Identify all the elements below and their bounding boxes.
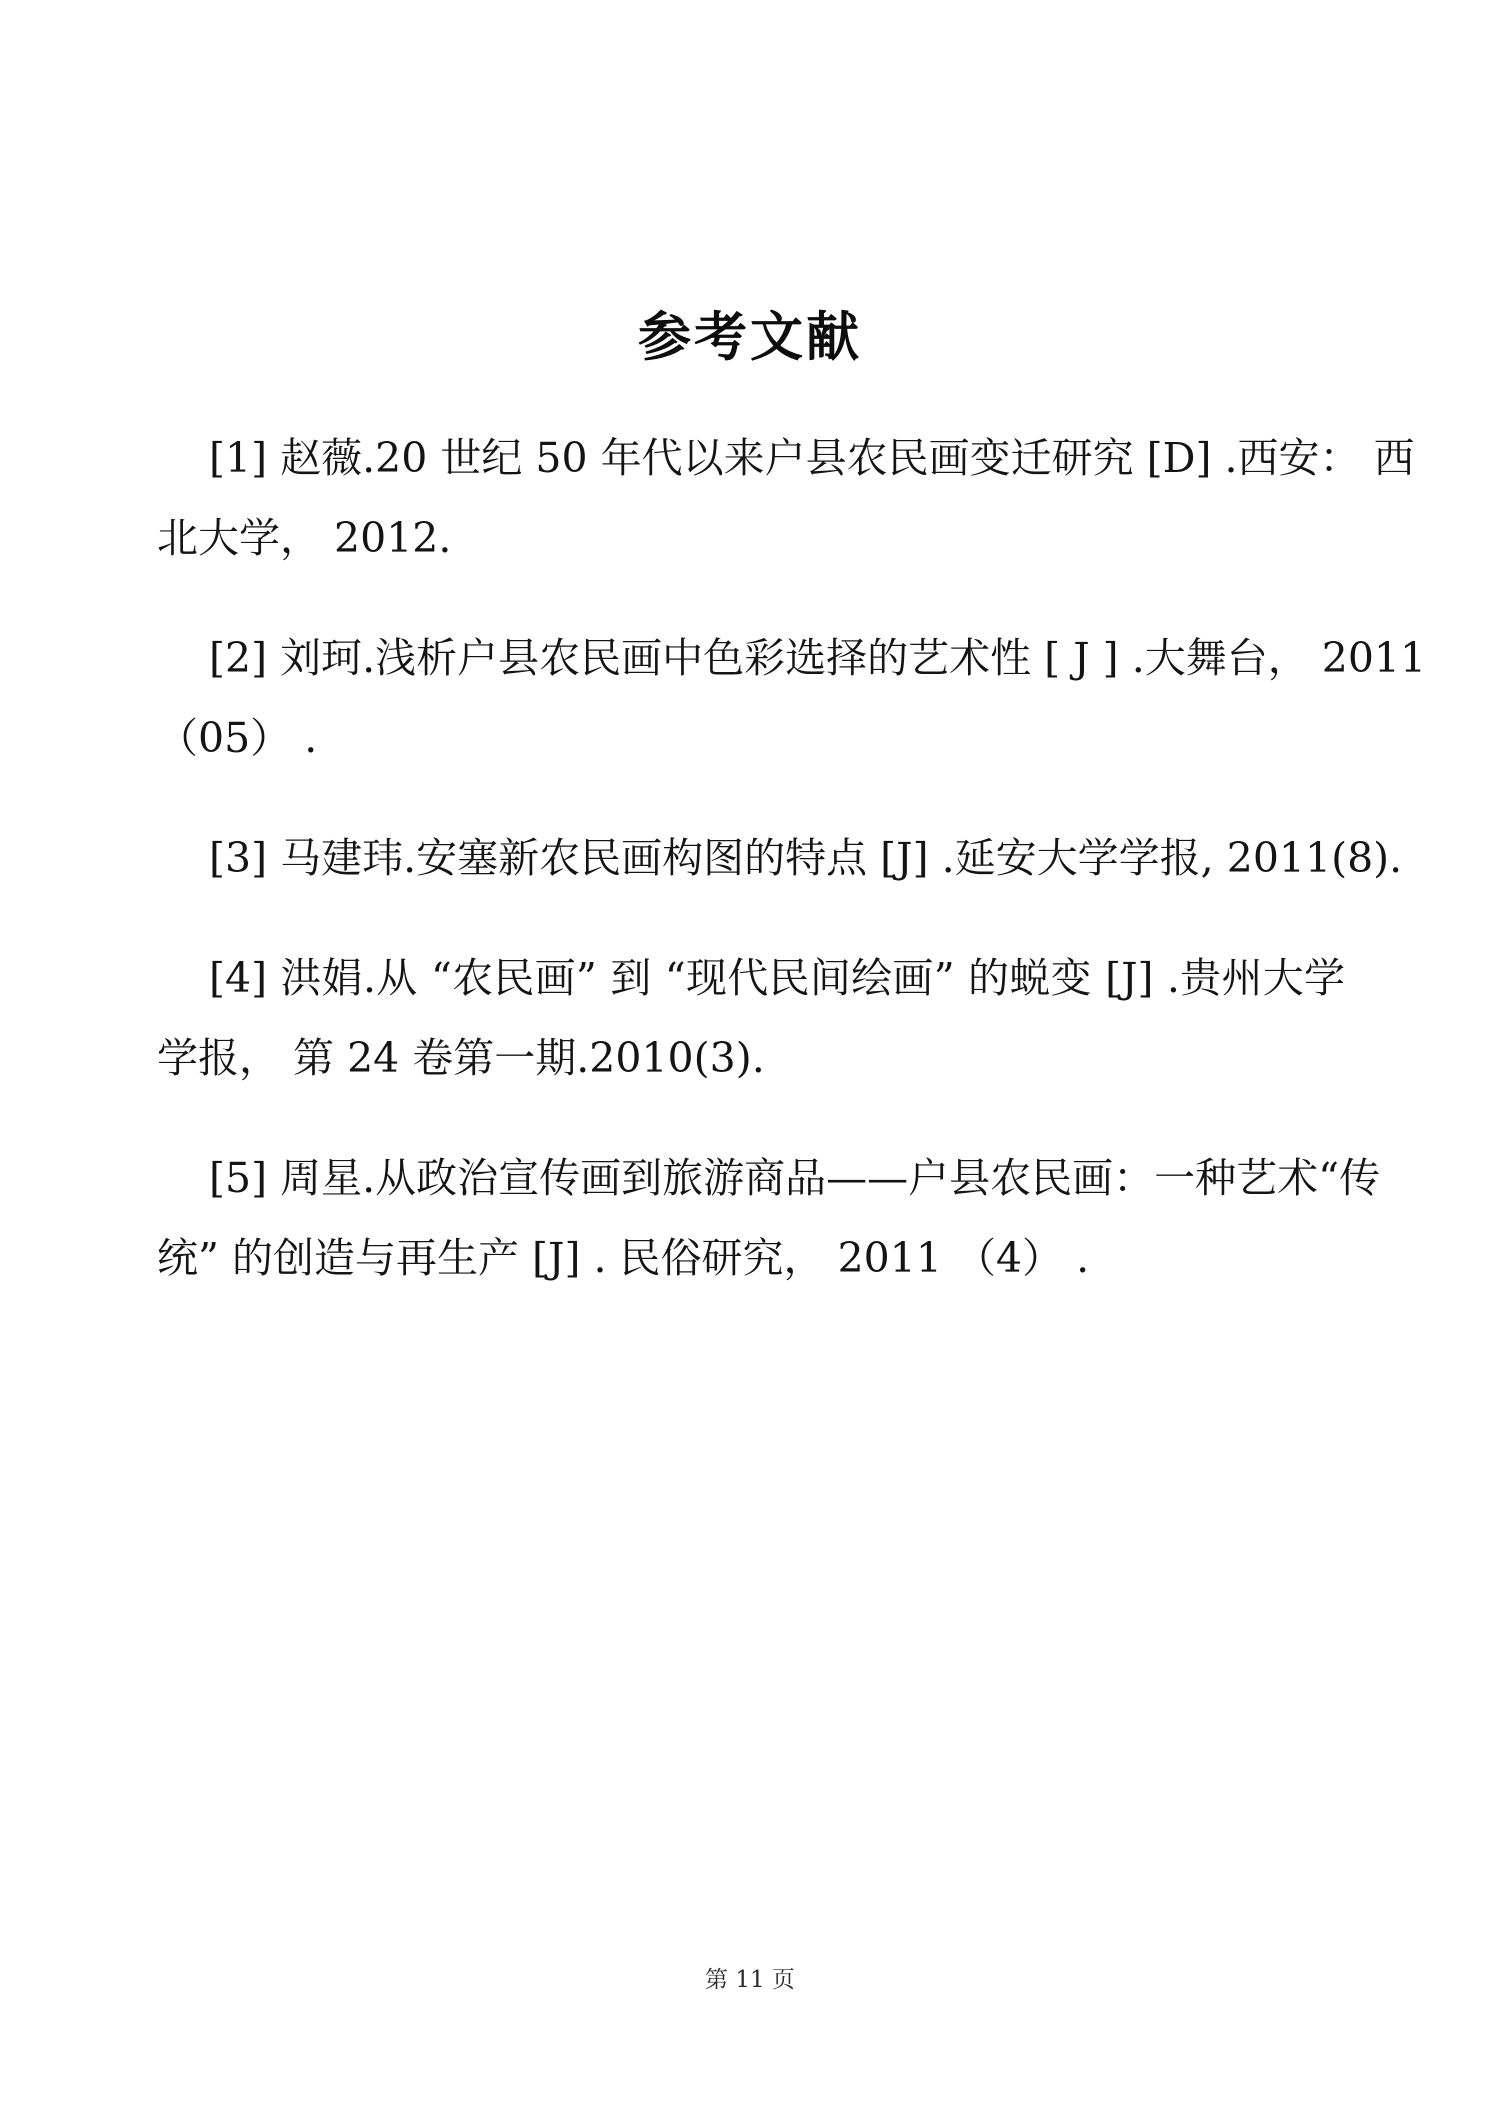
reference-entry: [1] 赵薇.20 世纪 50 年代以来户县农民画变迁研究 [D] .西安： 西… xyxy=(157,418,1345,578)
reference-line: [4] 洪娟.从 “农民画” 到 “现代民间绘画” 的蜕变 [J] .贵州大学 xyxy=(157,938,1345,1018)
reference-line: （05） . xyxy=(157,698,1345,778)
reference-entry: [4] 洪娟.从 “农民画” 到 “现代民间绘画” 的蜕变 [J] .贵州大学学… xyxy=(157,938,1345,1098)
reference-line: 学报， 第 24 卷第一期.2010(3). xyxy=(157,1018,1345,1098)
reference-line: [3] 马建玮.安塞新农民画构图的特点 [J] .延安大学学报, 2011(8)… xyxy=(157,818,1345,898)
reference-line: [5] 周星.从政治宣传画到旅游商品——户县农民画：一种艺术“传 xyxy=(157,1138,1345,1218)
references-list: [1] 赵薇.20 世纪 50 年代以来户县农民画变迁研究 [D] .西安： 西… xyxy=(157,418,1345,1338)
page-number: 第 11 页 xyxy=(0,1966,1500,1994)
document-page: 参考文献 [1] 赵薇.20 世纪 50 年代以来户县农民画变迁研究 [D] .… xyxy=(0,0,1500,2121)
reference-entry: [5] 周星.从政治宣传画到旅游商品——户县农民画：一种艺术“传统” 的创造与再… xyxy=(157,1138,1345,1298)
reference-line: 统” 的创造与再生产 [J] . 民俗研究， 2011 （4） . xyxy=(157,1218,1345,1298)
page-title: 参考文献 xyxy=(0,306,1500,368)
reference-line: [2] 刘珂.浅析户县农民画中色彩选择的艺术性 [ J ] .大舞台， 2011 xyxy=(157,618,1345,698)
reference-entry: [3] 马建玮.安塞新农民画构图的特点 [J] .延安大学学报, 2011(8)… xyxy=(157,818,1345,898)
reference-line: 北大学， 2012. xyxy=(157,498,1345,578)
reference-entry: [2] 刘珂.浅析户县农民画中色彩选择的艺术性 [ J ] .大舞台， 2011… xyxy=(157,618,1345,778)
reference-line: [1] 赵薇.20 世纪 50 年代以来户县农民画变迁研究 [D] .西安： 西 xyxy=(157,418,1345,498)
